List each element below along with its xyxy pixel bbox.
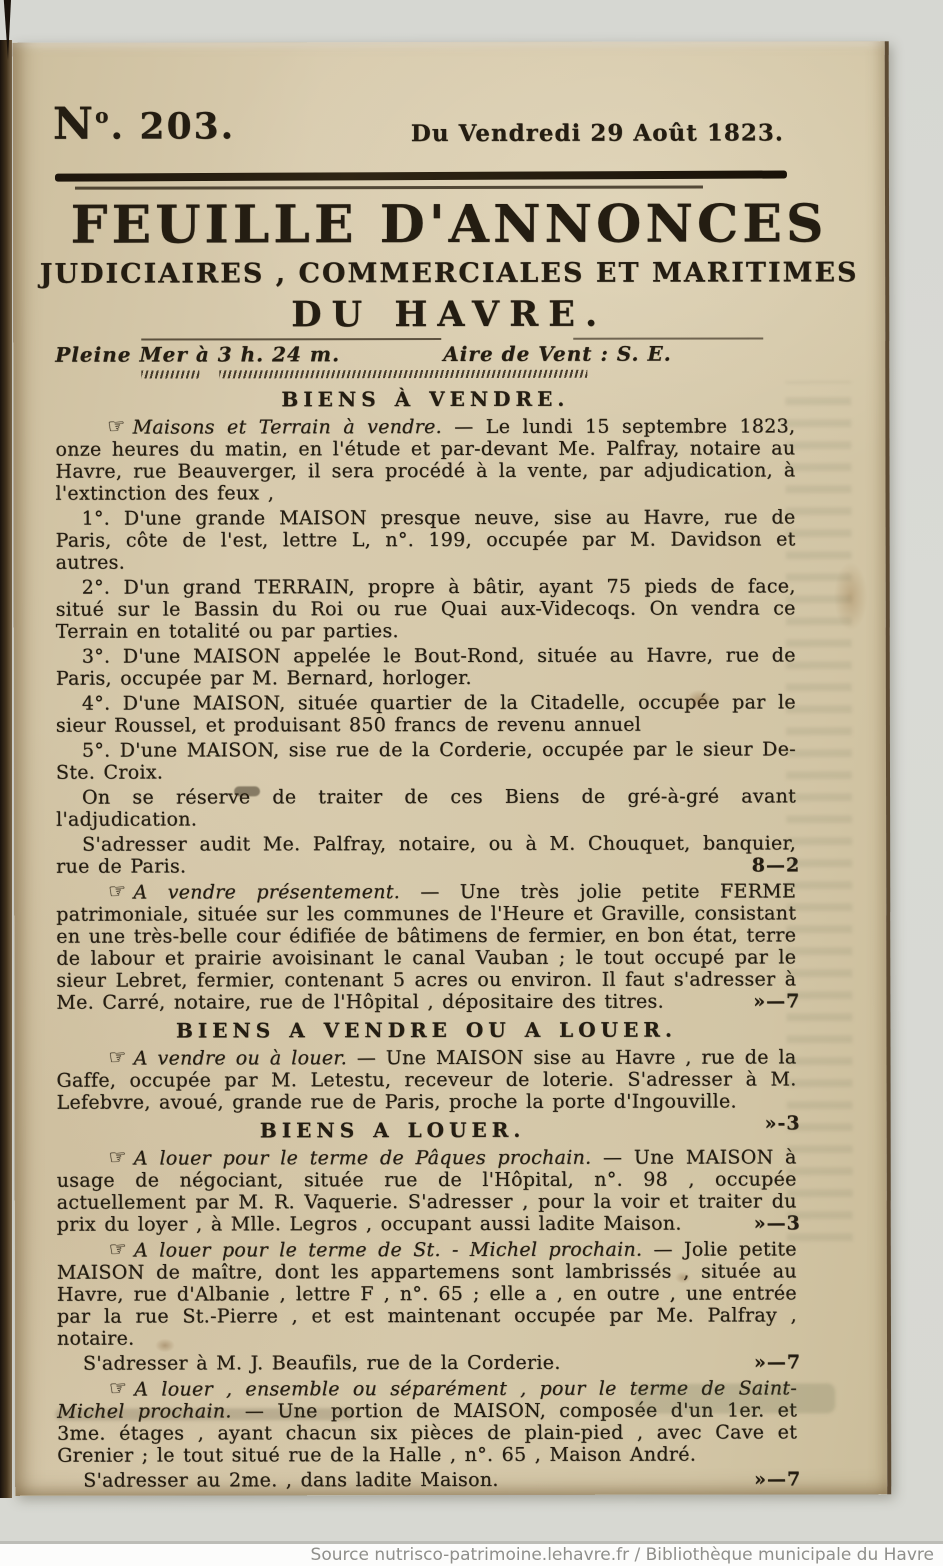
annonce-text: 4°. D'une MAISON, située quartier de la … xyxy=(56,691,796,736)
issue-number-value: . 203. xyxy=(110,105,235,147)
annonce-text: 2°. D'un grand TERRAIN, propre à bâtir, … xyxy=(56,575,796,642)
annonce-text: 1°. D'une grande MAISON presque neuve, s… xyxy=(56,506,796,573)
title-underline xyxy=(141,338,441,341)
manicule-icon: ☞ xyxy=(82,1237,128,1262)
annonce-entry: 1°. D'une grande MAISON presque neuve, s… xyxy=(56,506,796,573)
manicule-icon: ☞ xyxy=(81,414,127,439)
manicule-icon: ☞ xyxy=(82,1045,128,1070)
title-underline xyxy=(573,337,763,339)
annonce-lead: A louer pour le terme de St. - Michel pr… xyxy=(134,1239,653,1262)
tide-info: Pleine Mer à 3 h. 24 m. xyxy=(55,342,340,366)
content-flow: BIENS À VENDRE.☞Maisons et Terrain à ven… xyxy=(55,381,797,1494)
reference-mark: 8—2 xyxy=(726,854,800,876)
annonce-entry: 4°. D'une MAISON, située quartier de la … xyxy=(56,691,796,736)
section-heading: BIENS À VENDRE. xyxy=(55,387,795,410)
annonce-lead: Maisons et Terrain à vendre. xyxy=(133,416,455,439)
section-heading: BIENS A VENDRE OU A LOUER. xyxy=(56,1018,796,1041)
ornament-zigzag xyxy=(219,370,587,379)
date-line: Du Vendredi 29 Août 1823. xyxy=(411,119,784,147)
annonce-entry: 5°. D'une MAISON, sise rue de la Corderi… xyxy=(56,738,796,783)
annonce-lead: A vendre présentement. xyxy=(133,881,420,904)
issue-number-superscript: o xyxy=(95,104,110,128)
masthead-rule-thick xyxy=(55,170,787,181)
annonce-text: S'adresser à M. J. Beaufils, rue de la C… xyxy=(83,1352,561,1375)
annonce-entry: On se réserve de traiter de ces Biens de… xyxy=(56,785,796,830)
annonce-entry: ☞A vendre ou à louer. — Une MAISON sise … xyxy=(56,1045,796,1113)
section-heading: BIENS A LOUER. xyxy=(57,1118,797,1141)
annonce-entry: ☞A louer pour le terme de Pâques prochai… xyxy=(57,1145,797,1235)
annonce-entry: 3°. D'une MAISON appelée le Bout-Rond, s… xyxy=(56,644,796,689)
annonce-text: On se réserve de traiter de ces Biens de… xyxy=(56,785,796,830)
reference-mark: »—7 xyxy=(728,1351,801,1373)
reference-mark: »—7 xyxy=(727,990,800,1012)
annonce-entry: ☞Maisons et Terrain à vendre. — Le lundi… xyxy=(55,414,795,504)
manicule-icon: ☞ xyxy=(81,879,127,904)
issue-number-letter: N xyxy=(53,99,95,150)
annonce-entry: ☞A louer , ensemble ou séparément , pour… xyxy=(57,1376,797,1466)
manicule-icon: ☞ xyxy=(82,1145,128,1170)
source-credit: Source nutrisco-patrimoine.lehavre.fr / … xyxy=(311,1545,934,1565)
annonce-lead: A vendre ou à louer. xyxy=(134,1047,357,1069)
source-credit-bar: Source nutrisco-patrimoine.lehavre.fr / … xyxy=(0,1541,943,1566)
annonce-entry: S'adresser audit Me. Palfray, notaire, o… xyxy=(56,832,796,877)
annonce-text: S'adresser au 2me. , dans ladite Maison. xyxy=(83,1469,498,1492)
annonce-entry: S'adresser au 2me. , dans ladite Maison.… xyxy=(57,1468,797,1491)
book-spine xyxy=(0,40,12,1498)
masthead-rule-thin xyxy=(75,186,703,190)
newspaper-page: No. 203. Du Vendredi 29 Août 1823. FEUIL… xyxy=(13,41,892,1496)
annonce-text: 3°. D'une MAISON appelée le Bout-Rond, s… xyxy=(56,644,796,689)
manicule-icon: ☞ xyxy=(82,1376,128,1401)
annonce-entry: ☞A louer pour le terme de St. - Michel p… xyxy=(57,1237,797,1349)
annonce-lead: A louer pour le terme de Pâques prochain… xyxy=(134,1147,603,1170)
annonce-entry: S'adresser à M. J. Beaufils, rue de la C… xyxy=(57,1351,797,1374)
reference-mark: »-3 xyxy=(739,1112,801,1134)
annonce-text: S'adresser audit Me. Palfray, notaire, o… xyxy=(56,832,796,877)
annonce-entry: ☞A vendre présentement. — Une très jolie… xyxy=(56,879,796,1013)
issue-number: No. 203. xyxy=(53,98,235,149)
reference-mark: »—3 xyxy=(728,1212,801,1234)
wind-info: Aire de Vent : S. E. xyxy=(443,342,671,366)
annonce-text: 5°. D'une MAISON, sise rue de la Corderi… xyxy=(56,738,796,783)
ornament-zigzag xyxy=(141,370,199,378)
paper-stain xyxy=(834,561,868,631)
masthead-title-line-3: DU HAVRE. xyxy=(13,293,885,336)
reference-mark: »—7 xyxy=(728,1468,801,1490)
masthead-title-line-1: FEUILLE D'ANNONCES xyxy=(13,193,885,256)
masthead-title-line-2: JUDICIAIRES , COMMERCIALES ET MARITIMES xyxy=(13,257,885,290)
annonce-entry: 2°. D'un grand TERRAIN, propre à bâtir, … xyxy=(56,575,796,642)
